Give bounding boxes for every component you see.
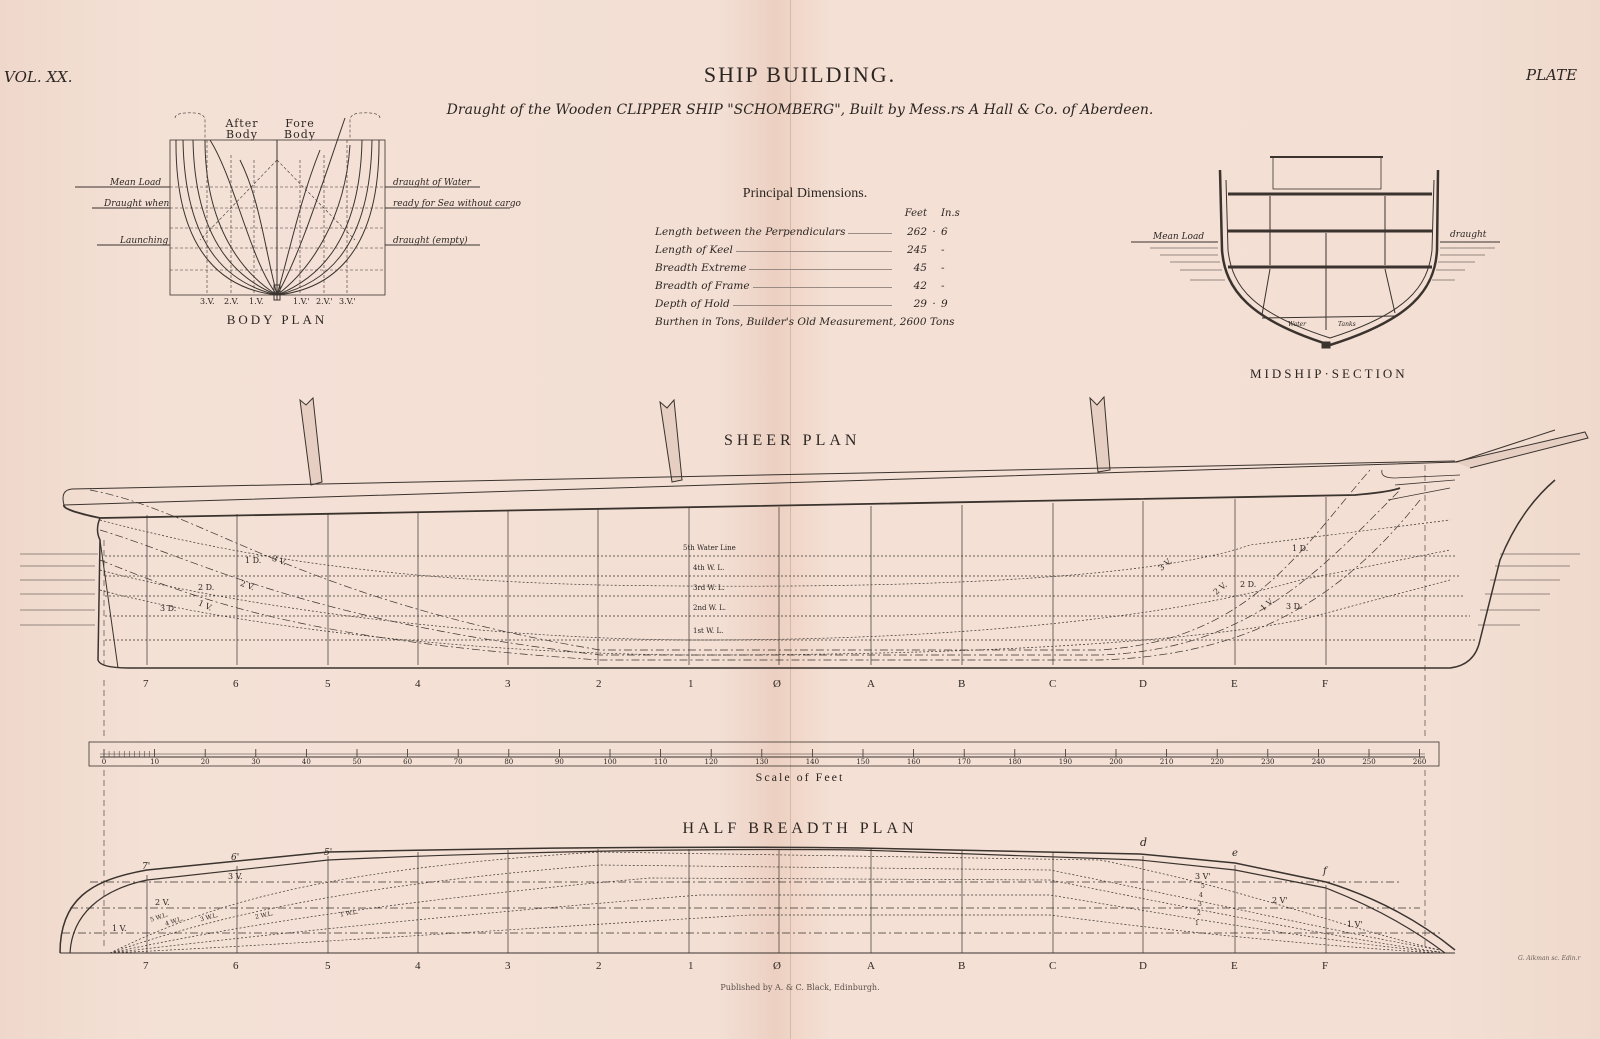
sheer-station-a: A — [867, 678, 875, 690]
hb-station-2: 2 — [596, 960, 602, 972]
scale-tick-label: 130 — [754, 758, 770, 766]
sheer-station-d: D — [1139, 678, 1147, 690]
hb-station-1: 1 — [688, 960, 694, 972]
feet-column-header: Feet — [895, 208, 927, 220]
scale-tick-label: 230 — [1260, 758, 1276, 766]
dimensions-header: Feet In.s — [655, 208, 955, 220]
body-plan-tick-2v-fore: 2.V.' — [316, 297, 333, 306]
hb-label-1v-fore: 1 V' — [1347, 920, 1363, 929]
dimension-row: Depth of Hold 29 · 9 — [655, 292, 955, 310]
scale-tick-label: 110 — [653, 758, 669, 766]
body-plan-tick-1v-fore: 1.V.' — [293, 297, 310, 306]
hb-label-5prime: 5' — [324, 848, 332, 858]
hb-station-5: 5 — [325, 960, 331, 972]
sheer-station-4: 4 — [415, 678, 421, 690]
sheer-station-7: 7 — [143, 678, 149, 690]
waterline-4-label: 4th W. L. — [693, 564, 724, 572]
dimension-row: Length between the Perpendiculars 262 · … — [655, 220, 955, 238]
sheer-station-6: 6 — [233, 678, 239, 690]
midship-right-label: draught — [1450, 230, 1486, 240]
sheer-station-c: C — [1049, 678, 1056, 690]
scale-tick-label: 220 — [1209, 758, 1225, 766]
hb-label-6prime: 6' — [231, 853, 239, 863]
half-breadth-drawing — [60, 847, 1455, 953]
scale-bar-drawing — [89, 680, 1439, 950]
sheer-fore-label-1d: 1 D. — [1292, 544, 1308, 553]
scale-tick-label: 200 — [1108, 758, 1124, 766]
body-plan-right-label-2: ready for Sea without cargo — [393, 199, 521, 209]
hb-label-2v-fore: 2 V' — [1272, 896, 1288, 905]
scale-tick-label: 0 — [96, 758, 112, 766]
scale-tick-label: 50 — [349, 758, 365, 766]
half-breadth-plan-title: HALF BREADTH PLAN — [0, 820, 1600, 838]
scale-tick-label: 100 — [602, 758, 618, 766]
scale-tick-label: 10 — [147, 758, 163, 766]
waterline-2-label: 2nd W. L. — [693, 604, 726, 612]
scale-tick-label: 120 — [703, 758, 719, 766]
tanks-label: Tanks — [1338, 321, 1356, 328]
scale-tick-label: 20 — [197, 758, 213, 766]
hb-station-3: 3 — [505, 960, 511, 972]
dimension-row: Breadth of Frame 42 - — [655, 274, 955, 292]
hb-label-3v: 3 V. — [228, 872, 243, 881]
dimension-row: Breadth Extreme 45 - — [655, 256, 955, 274]
sheer-station-midship: Ø — [773, 678, 781, 690]
hb-label-f: f — [1323, 866, 1327, 877]
body-plan-right-label-1: draught of Water — [393, 178, 471, 188]
hb-station-a: A — [867, 960, 875, 972]
after-body-label: After Body — [222, 118, 262, 140]
midship-section-drawing — [1131, 157, 1500, 348]
scale-tick-label: 40 — [298, 758, 314, 766]
hb-station-f: F — [1322, 960, 1328, 972]
ship-drawings — [0, 0, 1600, 1039]
hb-station-4: 4 — [415, 960, 421, 972]
body-plan-left-label-1: Mean Load — [110, 178, 161, 188]
hb-label-1v: 1 V. — [112, 924, 127, 933]
water-label: Water — [1288, 321, 1306, 328]
hb-station-d: D — [1139, 960, 1147, 972]
scale-tick-label: 60 — [400, 758, 416, 766]
scale-tick-label: 210 — [1159, 758, 1175, 766]
sheer-station-f: F — [1322, 678, 1328, 690]
body-plan-title: BODY PLAN — [0, 312, 554, 328]
body-plan-tick-2v: 2.V. — [224, 297, 239, 306]
scale-tick-label: 160 — [906, 758, 922, 766]
dimension-row: Length of Keel 245 - — [655, 238, 955, 256]
sheer-aft-label-3d: 3 D. — [160, 604, 176, 613]
scale-tick-label: 240 — [1310, 758, 1326, 766]
waterline-3-label: 3rd W. L. — [693, 584, 725, 592]
hb-label-3v-fore: 3 V' — [1195, 872, 1211, 881]
publisher-imprint: Published by A. & C. Black, Edinburgh. — [0, 983, 1600, 992]
waterline-1-label: 1st W. L. — [693, 627, 723, 635]
hb-label-e: e — [1232, 848, 1238, 859]
sheer-station-2: 2 — [596, 678, 602, 690]
hb-label-wl1: 1 — [1195, 920, 1199, 927]
body-plan-tick-3v-fore: 3.V.' — [339, 297, 356, 306]
body-plan-tick-1v: 1.V. — [249, 297, 264, 306]
hb-label-wl5: 5 — [1201, 883, 1205, 890]
scale-tick-label: 150 — [855, 758, 871, 766]
sheer-aft-label-1d: 1 D. — [245, 556, 261, 565]
sheer-station-e: E — [1231, 678, 1238, 690]
fore-body-label: Fore Body — [280, 118, 320, 140]
sheer-station-3: 3 — [505, 678, 511, 690]
sheer-station-1: 1 — [688, 678, 694, 690]
hb-station-6: 6 — [233, 960, 239, 972]
hb-label-wl4: 4 — [1199, 892, 1203, 899]
principal-dimensions-table: Principal Dimensions. Feet In.s Length b… — [655, 186, 955, 328]
hb-label-7prime: 7' — [142, 862, 150, 872]
sheer-plan-title: SHEER PLAN — [724, 432, 860, 450]
scale-tick-label: 180 — [1007, 758, 1023, 766]
waterline-5-label: 5th Water Line — [683, 544, 736, 552]
scale-tick-label: 260 — [1412, 758, 1428, 766]
hb-label-d: d — [1140, 836, 1147, 849]
sheer-station-5: 5 — [325, 678, 331, 690]
scale-tick-label: 90 — [551, 758, 567, 766]
scale-tick-label: 190 — [1057, 758, 1073, 766]
body-plan-tick-3v: 3.V. — [200, 297, 215, 306]
sheer-aft-label-2d: 2 D. — [198, 583, 214, 592]
sheer-fore-label-2d: 2 D. — [1240, 580, 1256, 589]
body-plan-left-label-2: Draught when — [104, 199, 169, 209]
sheer-fore-label-3d: 3 D. — [1286, 602, 1302, 611]
burthen-row: Burthen in Tons, Builder's Old Measureme… — [655, 310, 955, 328]
scale-tick-label: 140 — [804, 758, 820, 766]
body-plan-right-label-3: draught (empty) — [393, 236, 468, 246]
body-plan-left-label-3: Launching — [120, 236, 168, 246]
engraver-credit: G. Aikman sc. Edin.r — [1518, 955, 1580, 962]
hb-label-wl3: 3 — [1198, 901, 1202, 908]
inches-column-header: In.s — [941, 208, 955, 220]
scale-tick-label: 30 — [248, 758, 264, 766]
midship-left-label: Mean Load — [1153, 232, 1204, 242]
scale-tick-label: 80 — [501, 758, 517, 766]
hb-station-midship: Ø — [773, 960, 781, 972]
sheer-station-b: B — [958, 678, 965, 690]
scale-tick-label: 250 — [1361, 758, 1377, 766]
principal-dimensions-title: Principal Dimensions. — [655, 186, 955, 202]
scale-tick-label: 170 — [956, 758, 972, 766]
scale-tick-label: 70 — [450, 758, 466, 766]
hb-station-7: 7 — [143, 960, 149, 972]
hb-station-e: E — [1231, 960, 1238, 972]
hb-label-wl2: 2 — [1197, 910, 1201, 917]
midship-section-title: MIDSHIP·SECTION — [1250, 366, 1408, 382]
hb-station-c: C — [1049, 960, 1056, 972]
hb-station-b: B — [958, 960, 965, 972]
scale-label: Scale of Feet — [0, 770, 1600, 785]
hb-label-2v: 2 V. — [155, 898, 170, 907]
